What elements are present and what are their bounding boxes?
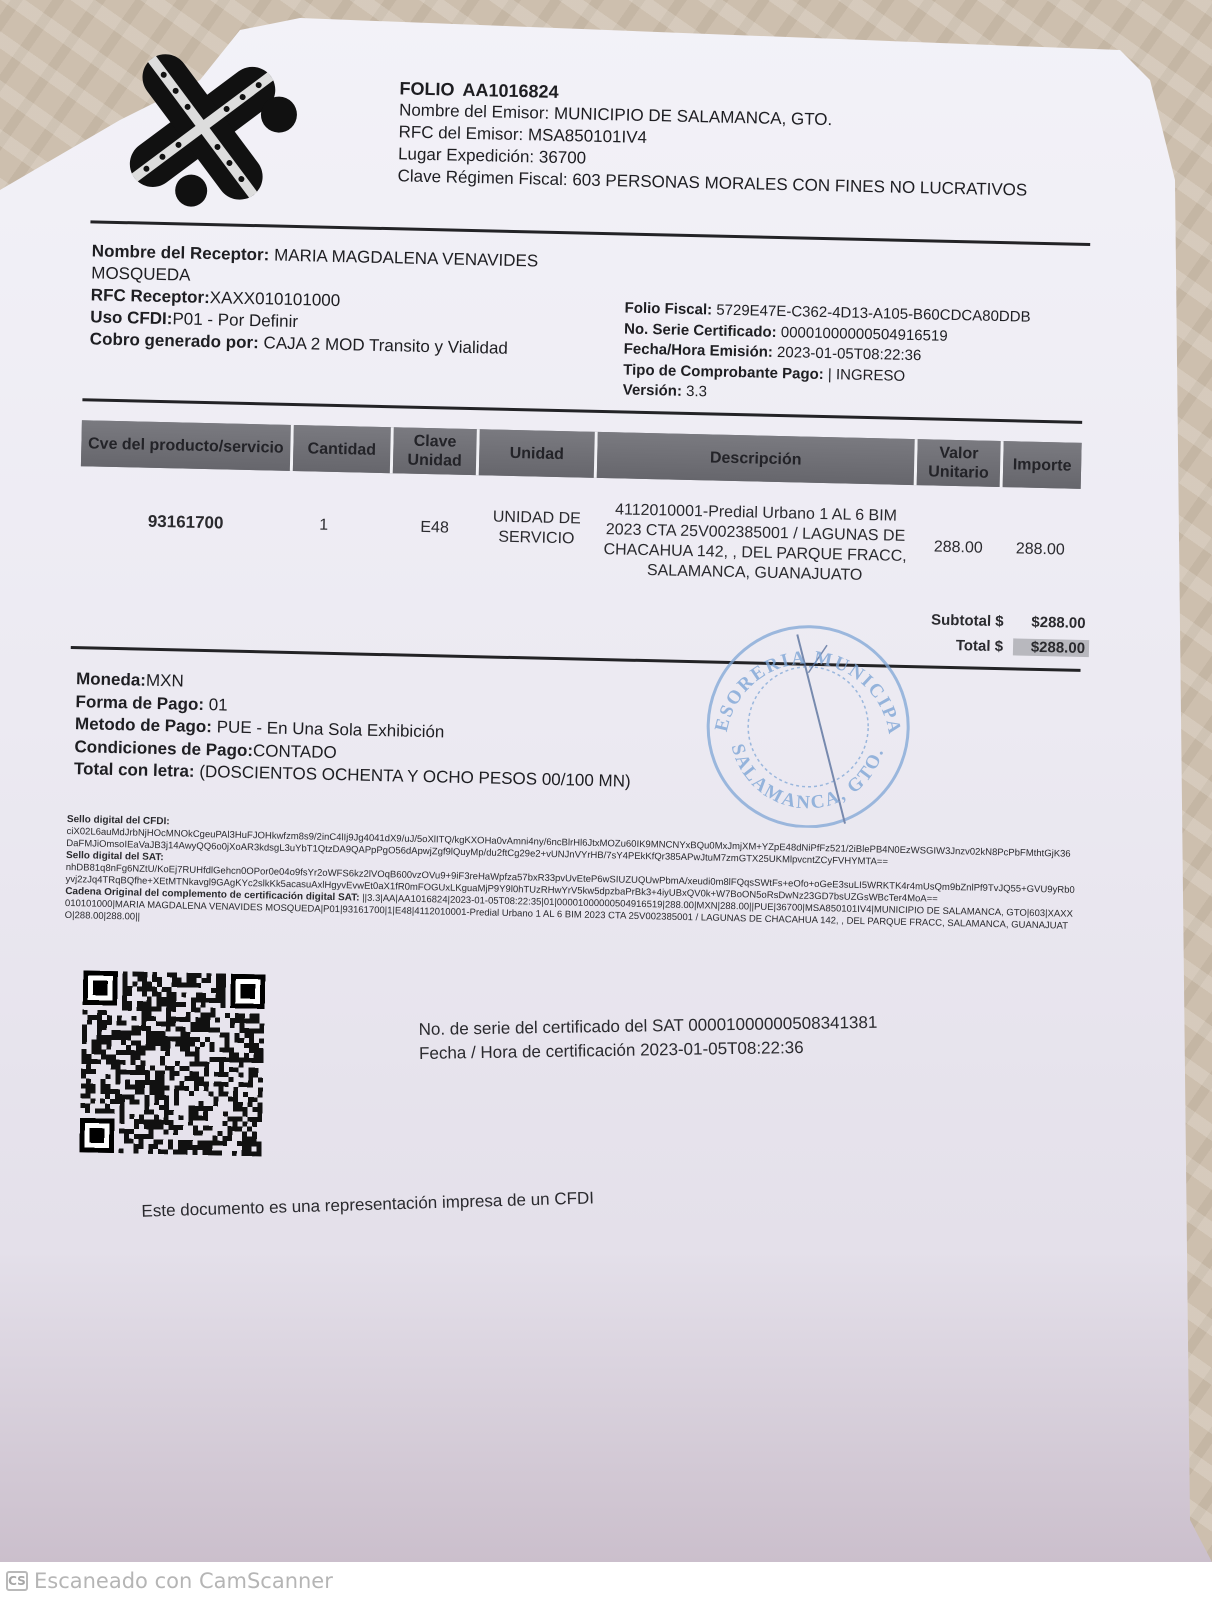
emisor-nombre-label: Nombre del Emisor: bbox=[399, 100, 550, 122]
unidad-cell: UNIDAD DE SERVICIO bbox=[476, 487, 596, 590]
receptor-rfc-label: RFC Receptor: bbox=[91, 285, 210, 307]
emisor-info: FOLIOAA1016824 Nombre del Emisor: MUNICI… bbox=[397, 77, 1029, 201]
emisor-rfc-value: MSA850101IV4 bbox=[528, 125, 647, 147]
uso-cfdi-value: P01 - Por Definir bbox=[172, 309, 298, 331]
cert-serie-label: No. de serie del certificado del SAT bbox=[419, 1016, 684, 1039]
folio-label: FOLIO bbox=[399, 78, 454, 99]
concepts-table-header: Cve del producto/servicio Cantidad Clave… bbox=[81, 420, 1082, 489]
lugar-label: Lugar Expedición: bbox=[398, 144, 534, 166]
metodo-value: PUE - En Una Sola Exhibición bbox=[216, 717, 444, 741]
folio-fiscal-label: Folio Fiscal: bbox=[624, 299, 712, 318]
column-header: Cve del producto/servicio bbox=[81, 420, 294, 471]
camscanner-text: Escaneado con CamScanner bbox=[34, 1569, 333, 1593]
regimen-label: Clave Régimen Fiscal: bbox=[397, 166, 567, 189]
forma-value: 01 bbox=[209, 695, 228, 714]
column-header: Clave Unidad bbox=[393, 427, 480, 475]
digital-seals: Sello digital del CFDI:ciX02L6auMdJrbNjH… bbox=[65, 814, 1077, 945]
cfdi-footer-note: Este documento es una representación imp… bbox=[141, 1188, 594, 1221]
tesoreria-stamp-icon: TESORERIA MUNICIPAL SALAMANCA, GTO. bbox=[695, 620, 922, 830]
tipo-label: Tipo de Comprobante Pago: bbox=[623, 361, 824, 383]
cantidad-cell: 1 bbox=[290, 483, 392, 585]
serie-label: No. Serie Certificado: bbox=[624, 320, 777, 340]
receptor-rfc-value: XAXX010101000 bbox=[210, 288, 341, 310]
column-header: Unidad bbox=[479, 429, 598, 478]
payment-info: Moneda:MXN Forma de Pago: 01 Metodo de P… bbox=[74, 668, 633, 793]
cert-fecha-value: 2023-01-05T08:22:36 bbox=[640, 1038, 804, 1060]
column-header: Descripción bbox=[597, 432, 918, 485]
forma-label: Forma de Pago: bbox=[75, 692, 204, 714]
cert-fecha-label: Fecha / Hora de certificación bbox=[419, 1041, 636, 1063]
condiciones-label: Condiciones de Pago: bbox=[74, 737, 253, 760]
qr-code-icon bbox=[77, 970, 267, 1156]
receptor-info: Nombre del Receptor: MARIA MAGDALENA VEN… bbox=[90, 240, 592, 361]
cert-serie-value: 00001000000508341381 bbox=[688, 1013, 877, 1035]
descripcion-cell: 4112010001-Predial Urbano 1 AL 6 BIM 202… bbox=[594, 490, 916, 597]
divider bbox=[90, 220, 1090, 246]
clave-unidad-cell: E48 bbox=[390, 485, 478, 587]
fiscal-info: Folio Fiscal: 5729E47E-C362-4D13-A105-B6… bbox=[623, 298, 1031, 410]
uso-cfdi-label: Uso CFDI: bbox=[90, 307, 173, 328]
moneda-value: MXN bbox=[146, 671, 184, 691]
sello-cfdi-label: Sello digital del CFDI: bbox=[67, 814, 170, 827]
serie-value: 00001000000504916519 bbox=[781, 324, 948, 345]
column-header: Valor Unitario bbox=[917, 439, 1004, 487]
total-value: $288.00 bbox=[1013, 638, 1089, 657]
letra-label: Total con letra: bbox=[74, 759, 195, 781]
total-row: Total $ $288.00 bbox=[903, 632, 1090, 661]
receptor-nombre-label: Nombre del Receptor: bbox=[92, 241, 270, 264]
moneda-label: Moneda: bbox=[76, 669, 146, 690]
sello-sat-label: Sello digital del SAT: bbox=[66, 850, 164, 863]
version-value: 3.3 bbox=[686, 383, 707, 400]
municipal-logo-icon bbox=[99, 39, 313, 214]
column-header: Cantidad bbox=[293, 425, 394, 473]
stamp-top-text: TESORERIA MUNICIPAL bbox=[695, 620, 908, 737]
metodo-label: Metodo de Pago: bbox=[75, 714, 212, 736]
tipo-value: | INGRESO bbox=[828, 366, 906, 385]
column-header: Importe bbox=[1003, 441, 1082, 489]
folio-value: AA1016824 bbox=[462, 80, 559, 102]
valor-unitario-cell: 288.00 bbox=[914, 497, 1002, 599]
cfdi-document: FOLIOAA1016824 Nombre del Emisor: MUNICI… bbox=[0, 0, 1212, 1576]
condiciones-value: CONTADO bbox=[253, 741, 337, 762]
certificacion-info: No. de serie del certificado del SAT 000… bbox=[418, 1011, 877, 1066]
fecha-value: 2023-01-05T08:22:36 bbox=[777, 344, 922, 364]
emisor-rfc-label: RFC del Emisor: bbox=[398, 122, 523, 144]
table-row: 93161700 1 E48 UNIDAD DE SERVICIO 411201… bbox=[78, 478, 1080, 601]
lugar-value: 36700 bbox=[539, 148, 587, 168]
svg-text:TESORERIA MUNICIPAL: TESORERIA MUNICIPAL bbox=[695, 620, 908, 737]
cobro-label: Cobro generado por: bbox=[90, 329, 259, 352]
stamp-bottom-text: SALAMANCA, GTO. bbox=[725, 741, 889, 815]
camscanner-icon: CS bbox=[6, 1571, 28, 1591]
importe-cell: 288.00 bbox=[1000, 499, 1080, 601]
cobro-value: CAJA 2 MOD Transito y Vialidad bbox=[263, 333, 508, 358]
svg-text:SALAMANCA, GTO.: SALAMANCA, GTO. bbox=[725, 741, 889, 815]
camscanner-watermark: CS Escaneado con CamScanner bbox=[0, 1562, 1212, 1600]
subtotal-value: $288.00 bbox=[1013, 613, 1089, 632]
clave-producto-cell: 93161700 bbox=[78, 478, 292, 583]
version-label: Versión: bbox=[623, 381, 683, 399]
totals: Subtotal $ $288.00 Total $ $288.00 bbox=[903, 607, 1090, 661]
fecha-label: Fecha/Hora Emisión: bbox=[624, 340, 774, 360]
